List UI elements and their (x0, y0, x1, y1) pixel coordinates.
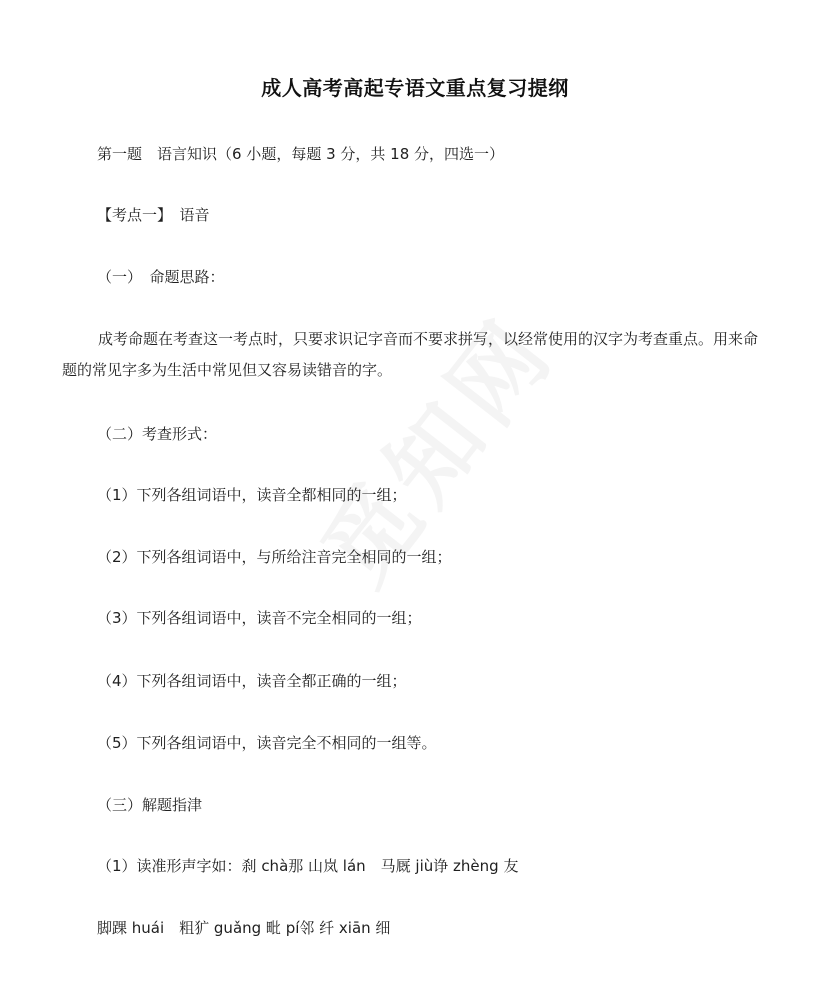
list-item: （3）下列各组词语中，读音不完全相同的一组； (97, 608, 422, 628)
document-title: 成人高考高起专语文重点复习提纲 (0, 72, 830, 101)
document-page: 觅知网 成人高考高起专语文重点复习提纲 第一题 语言知识（6 小题，每题 3 分… (0, 0, 830, 986)
list-item: （4）下列各组词语中，读音全都正确的一组； (97, 671, 407, 691)
section-heading: 第一题 语言知识（6 小题，每题 3 分，共 18 分，四选一） (97, 144, 504, 164)
pinyin-example-line-2: 脚踝 huái 粗犷 guǎng 毗 pí邻 纤 xiān 细 (97, 918, 390, 938)
subsection-heading-2: （二）考查形式： (97, 424, 217, 444)
subsection-heading-1: （一） 命题思路： (97, 267, 225, 287)
pinyin-example-line-1: （1）读准形声字如：刹 chà那 山岚 lán 马厩 jiù诤 zhèng 友 (97, 856, 518, 876)
paragraph-mingti: 成考命题在考查这一考点时，只要求识记字音而不要求拼写，以经常使用的汉字为考查重点… (62, 324, 772, 386)
list-item: （1）下列各组词语中，读音全都相同的一组； (97, 485, 407, 505)
list-item: （2）下列各组词语中，与所给注音完全相同的一组； (97, 547, 452, 567)
kaodian-heading: 【考点一】 语音 (97, 205, 210, 225)
subsection-heading-3: （三）解题指津 (97, 795, 202, 815)
list-item: （5）下列各组词语中，读音完全不相同的一组等。 (97, 733, 437, 753)
